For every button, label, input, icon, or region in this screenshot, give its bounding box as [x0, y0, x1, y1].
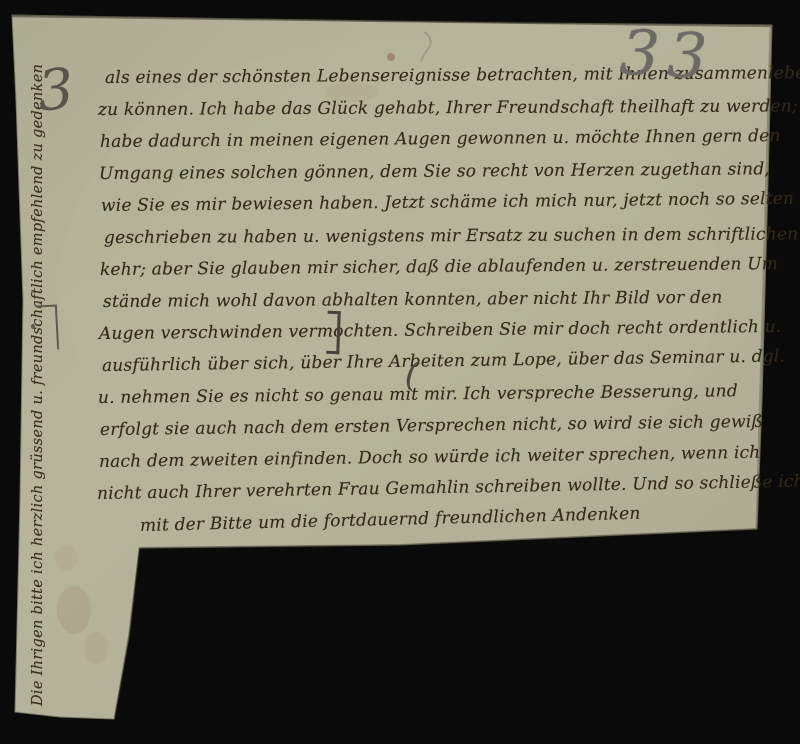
- pencil-bracket-open-mark: [37, 305, 59, 351]
- stain: [84, 632, 108, 664]
- pencil-bracket-close-mark: [326, 311, 340, 354]
- stain: [57, 586, 91, 634]
- stain: [55, 545, 77, 571]
- marginal-note-vertical: Die Ihrigen bitte ich herzlich grüssend …: [30, 146, 46, 706]
- pencil-parenthesis-mark: (: [404, 355, 420, 396]
- pencil-dot-mark: [31, 324, 35, 329]
- letter-line: geschrieben zu haben u. wenigstens mir E…: [104, 224, 800, 248]
- bottom-edge-shadow: [115, 529, 757, 718]
- pencil-sheet-number: 3: [35, 57, 76, 125]
- letter-line: zu können. Ich habe das Glück gehabt, Ih…: [98, 96, 800, 120]
- pencil-folio-number: 33: [618, 16, 717, 94]
- scan-background: als eines der schönsten Lebensereignisse…: [0, 0, 800, 744]
